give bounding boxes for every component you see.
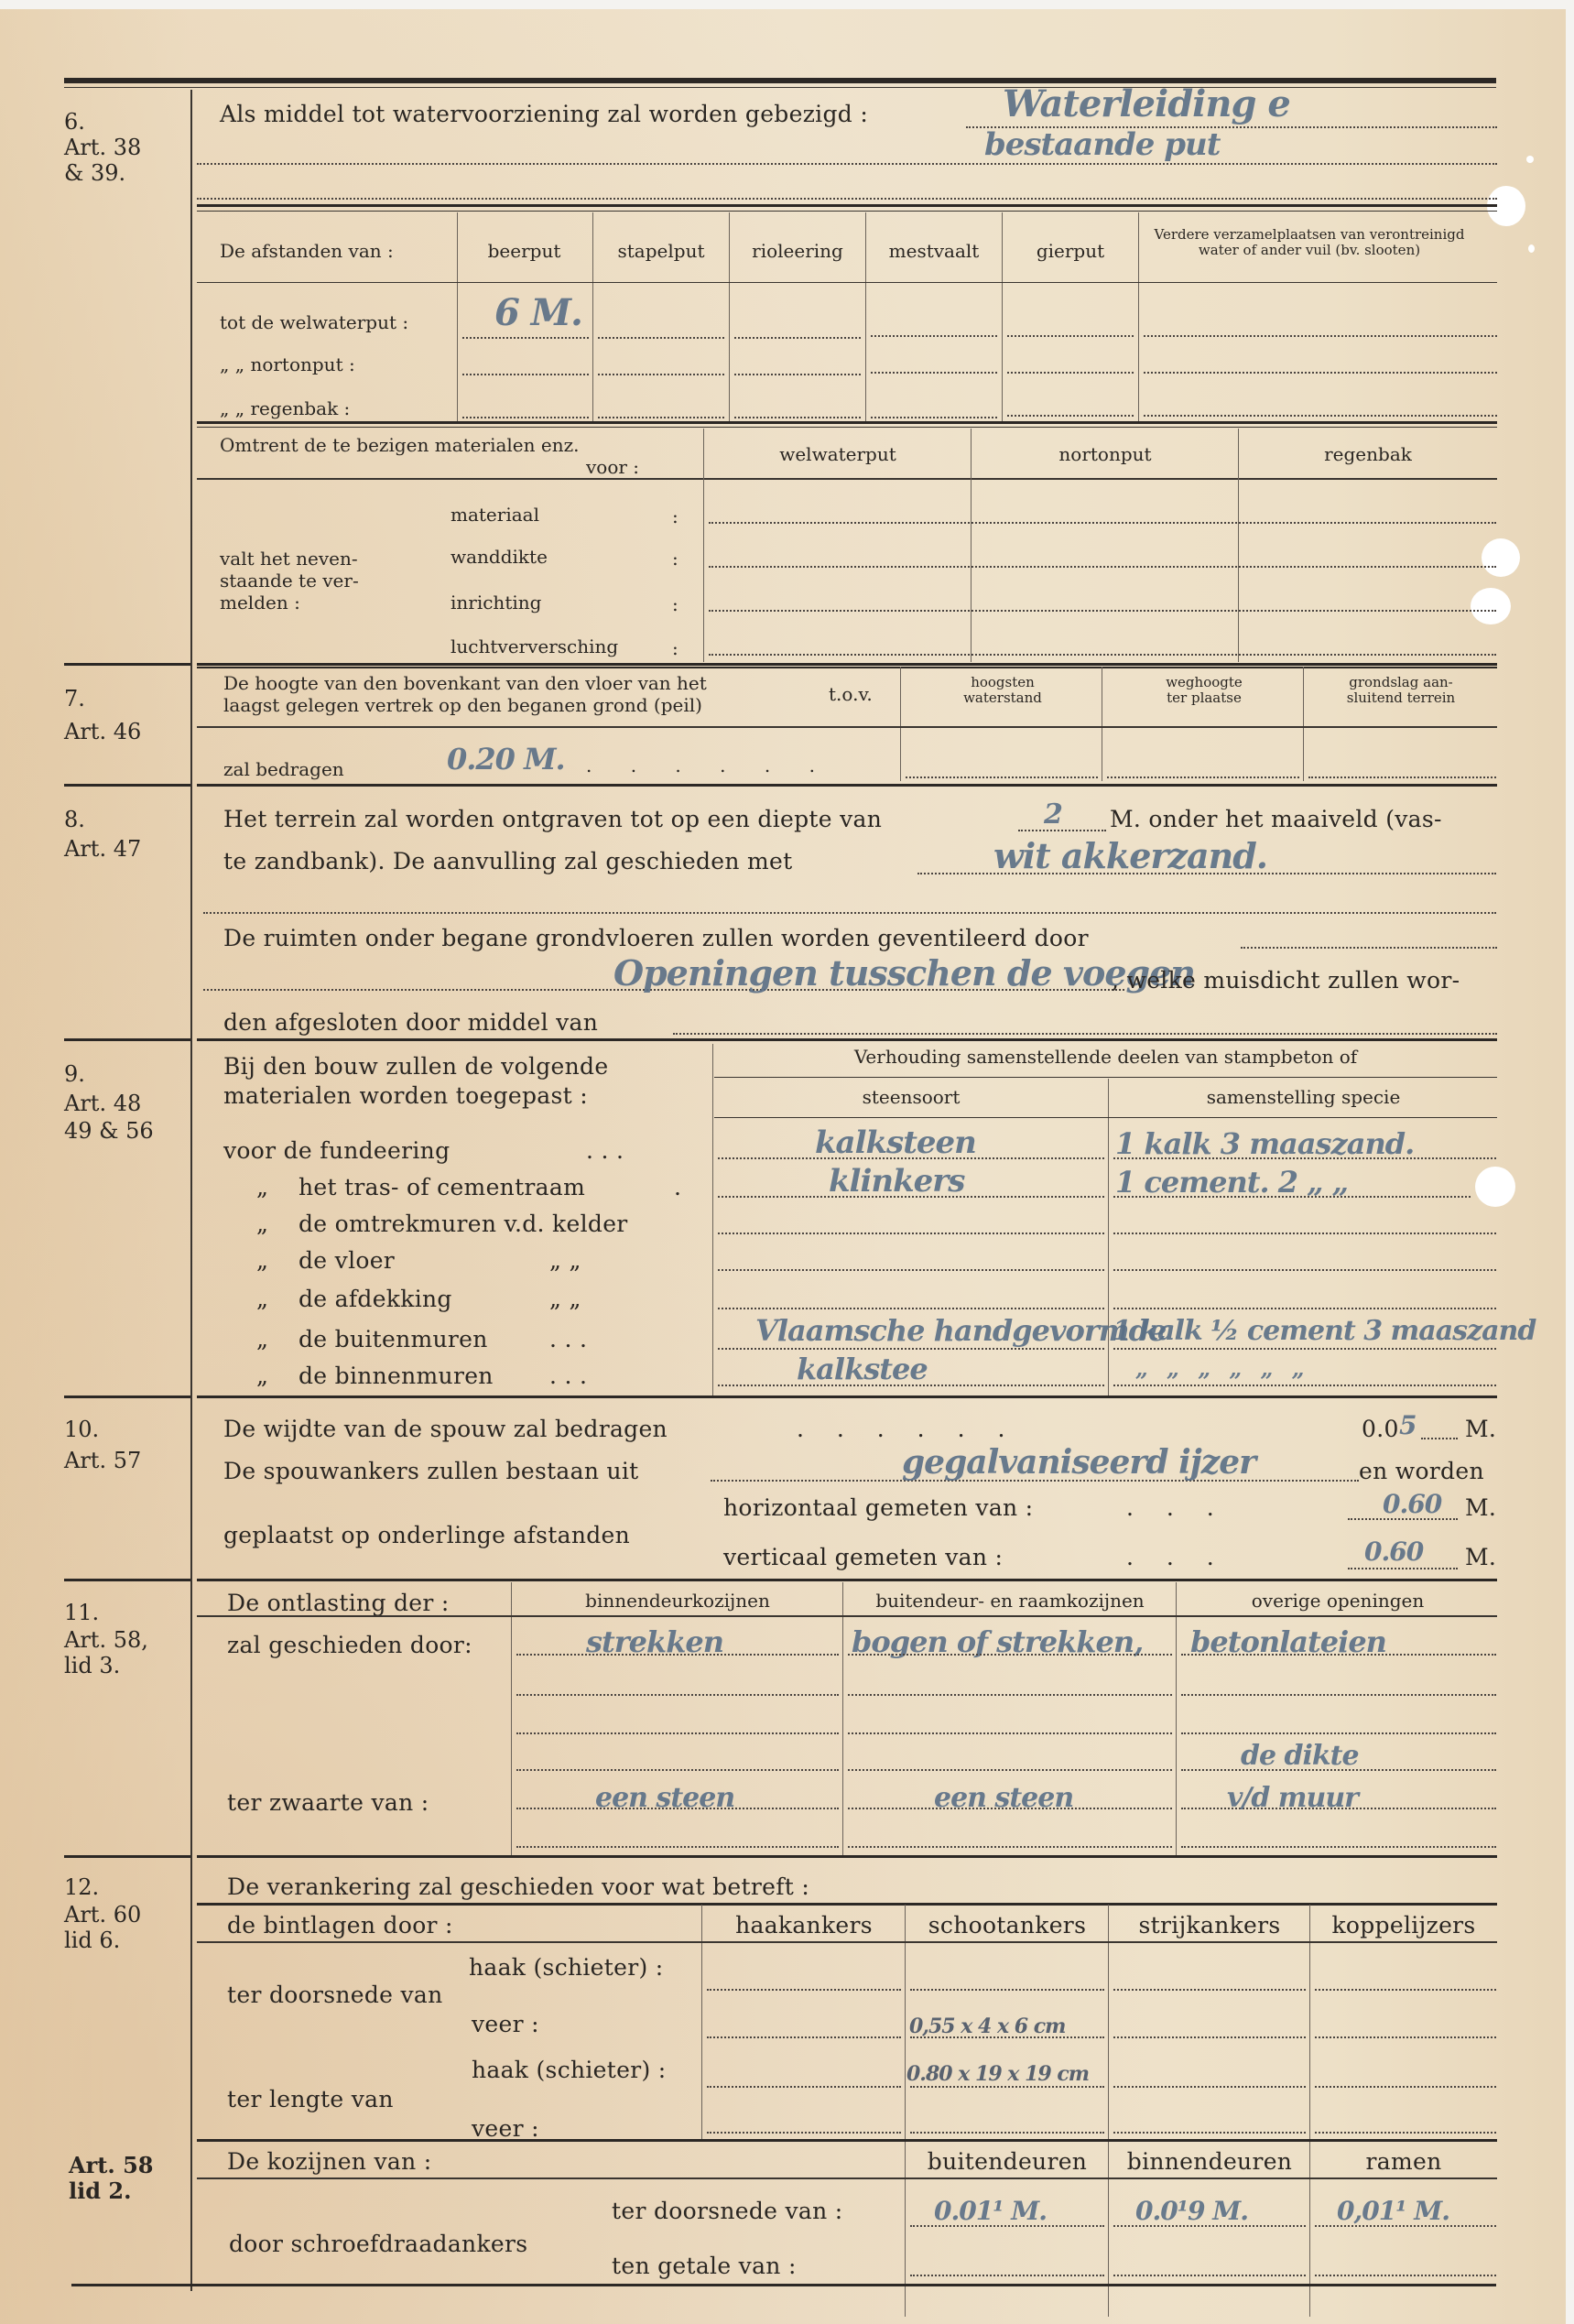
weight-binnendeur-value: een steen xyxy=(595,1782,734,1814)
field[interactable] xyxy=(848,1694,1172,1696)
rule xyxy=(197,1941,1497,1943)
section-rule xyxy=(197,1855,1497,1858)
field[interactable] xyxy=(910,2132,1104,2134)
en-worden-label: en worden xyxy=(1359,1458,1484,1484)
col-divider xyxy=(1108,1079,1109,1397)
col-divider xyxy=(729,212,730,423)
col-mestvaalt: mestvaalt xyxy=(866,240,1002,262)
section-12-number: 12. xyxy=(64,1873,99,1901)
frames-header: De kozijnen van : xyxy=(227,2148,431,2175)
field[interactable] xyxy=(516,1732,839,1734)
col-regenbak: regenbak xyxy=(1240,443,1496,465)
ramen-doorsnede-value: 0,01¹ M. xyxy=(1337,2196,1449,2226)
field[interactable] xyxy=(910,1989,1104,1991)
col-haakankers: haakankers xyxy=(703,1912,905,1938)
col-divider xyxy=(1108,1905,1109,2317)
section-6-article2: & 39. xyxy=(64,159,125,187)
fill-label: te zandbank). De aanvulling zal geschied… xyxy=(223,848,792,874)
unit-m: M. xyxy=(1465,1544,1496,1570)
buitendeuren-getale-field[interactable] xyxy=(910,2275,1104,2276)
field[interactable] xyxy=(462,337,589,339)
col-koppelijzers: koppelijzers xyxy=(1311,1912,1496,1938)
rule xyxy=(197,2177,1497,2179)
field[interactable] xyxy=(598,337,724,339)
label: weghoogte xyxy=(1166,674,1243,690)
col-buitendeur-raamkozijnen: buitendeur- en raamkozijnen xyxy=(844,1590,1176,1612)
section-6-article: Art. 38 xyxy=(64,134,141,161)
rule xyxy=(197,2139,1497,2142)
binnendeuren-getale-field[interactable] xyxy=(1113,2275,1306,2276)
rule xyxy=(197,421,1497,424)
rule xyxy=(197,1903,1497,1906)
col-divider xyxy=(1303,667,1304,781)
row-regenbak: „ „ regenbak : xyxy=(220,397,350,419)
weight-buitendeur-value: een steen xyxy=(934,1782,1073,1814)
field[interactable] xyxy=(1113,2086,1306,2088)
row-label: voor de fundeering xyxy=(223,1137,450,1164)
section-11-article2: lid 3. xyxy=(64,1652,120,1679)
bottom-rule xyxy=(71,2284,1496,2286)
row-wanddikte: wanddikte xyxy=(450,546,548,568)
field[interactable] xyxy=(707,2086,901,2088)
stampbeton-header: Verhouding samenstellende deelen van sta… xyxy=(714,1046,1497,1068)
steensoort-value: kalksteen xyxy=(815,1124,976,1161)
section-58-article: Art. 58 xyxy=(69,2152,153,2179)
specie-value: „ „ „ „ „ „ xyxy=(1135,1355,1310,1382)
unit-m: M. xyxy=(1465,1416,1496,1442)
col-divider xyxy=(1176,1582,1177,1857)
specie-field[interactable] xyxy=(1113,1385,1496,1386)
field[interactable] xyxy=(516,1769,839,1771)
row-dots: . . . xyxy=(549,1363,587,1389)
haak-label-2: haak (schieter) : xyxy=(472,2057,667,2083)
vertical-spacing-field[interactable] xyxy=(1348,1568,1458,1569)
margin-rule xyxy=(64,1855,190,1858)
relief-weight-label: ter zwaarte van : xyxy=(227,1789,429,1816)
screw-anchors-label: door schroefdraadankers xyxy=(229,2231,527,2257)
cavity-width-prefix: 0.0 xyxy=(1362,1416,1399,1442)
col-gierput: gierput xyxy=(1003,240,1138,262)
row-inrichting: inrichting xyxy=(450,592,541,614)
row-prefix: „ xyxy=(256,1363,268,1389)
col-divider xyxy=(842,1582,843,1857)
row-label: de vloer xyxy=(299,1247,395,1274)
label: sluitend terrein xyxy=(1347,690,1455,706)
relief-header: De ontlasting der : xyxy=(227,1590,450,1616)
ventilation-field[interactable] xyxy=(1241,947,1497,949)
field-inrichting[interactable] xyxy=(709,610,1496,612)
excavation-label-a: Het terrein zal worden ontgraven tot op … xyxy=(223,806,882,832)
row-prefix: „ xyxy=(256,1211,268,1237)
punch-hole xyxy=(1471,588,1511,624)
field[interactable] xyxy=(910,2086,1104,2088)
schootanker-doorsnede-value: 0,55 x 4 x 6 cm xyxy=(909,2014,1065,2038)
water-supply-field-line3[interactable] xyxy=(197,198,1497,200)
section-rule xyxy=(197,1038,1497,1041)
row-prefix: „ xyxy=(256,1286,268,1312)
field[interactable] xyxy=(734,337,861,339)
col-divider xyxy=(701,1905,702,2141)
section-10-article: Art. 57 xyxy=(64,1447,141,1474)
col-other-collection: Verdere verzamelplaatsen van verontreini… xyxy=(1149,227,1470,258)
col-ramen: ramen xyxy=(1311,2148,1496,2175)
field[interactable] xyxy=(462,417,589,418)
margin-rule xyxy=(64,1395,190,1398)
horizontal-spacing-value: 0.60 xyxy=(1383,1489,1441,1519)
ventilation-label: De ruimten onder begane grondvloeren zul… xyxy=(223,925,1089,951)
margin-rule xyxy=(64,1579,190,1581)
row-ditto: „ „ xyxy=(549,1247,581,1274)
label: grondslag aan- xyxy=(1349,674,1453,690)
colon: : xyxy=(672,593,678,615)
row-prefix: „ xyxy=(256,1326,268,1352)
water-supply-label: Als middel tot watervoorziening zal word… xyxy=(220,101,868,127)
field[interactable] xyxy=(848,1732,1172,1734)
distance-beerput-welwaterput: 6 M. xyxy=(494,291,582,334)
field[interactable] xyxy=(516,1654,839,1656)
water-supply-field-line2[interactable] xyxy=(197,163,1497,165)
cavity-width-value: 5 xyxy=(1399,1410,1416,1440)
section-8-number: 8. xyxy=(64,806,85,833)
specie-field[interactable] xyxy=(1113,1348,1496,1350)
label: ter plaatse xyxy=(1167,690,1242,706)
steensoort-field[interactable] xyxy=(718,1269,1104,1271)
section-12-article2: lid 6. xyxy=(64,1927,120,1954)
field[interactable] xyxy=(1181,1694,1496,1696)
col-divider xyxy=(971,429,972,662)
field[interactable] xyxy=(1181,1846,1496,1848)
col-weghoogte: weghoogteter plaatse xyxy=(1103,675,1305,706)
row-materiaal: materiaal xyxy=(450,504,539,526)
materials-intro-1: Bij den bouw zullen de volgende xyxy=(223,1053,608,1080)
col-nortonput: nortonput xyxy=(972,443,1238,465)
floor-height-value: 0.20 M. xyxy=(447,742,565,776)
section-rule xyxy=(197,1579,1497,1581)
field[interactable] xyxy=(1113,1989,1306,1991)
margin-divider xyxy=(190,90,192,2291)
row-luchtverversching: luchtverversching xyxy=(450,635,618,657)
col-divider xyxy=(865,212,866,423)
col-steensoort: steensoort xyxy=(714,1086,1108,1108)
materials-side-label-2: staande te ver- xyxy=(220,570,359,592)
col-overige-openingen: overige openingen xyxy=(1178,1590,1498,1612)
frame-doorsnede-label: ter doorsnede van : xyxy=(612,2198,842,2224)
field[interactable] xyxy=(707,2036,901,2038)
section-11-number: 11. xyxy=(64,1599,99,1626)
field[interactable] xyxy=(734,417,861,418)
field[interactable] xyxy=(598,374,724,375)
specie-field[interactable] xyxy=(1113,1233,1496,1234)
field[interactable] xyxy=(1144,372,1497,374)
mouseproof-field[interactable] xyxy=(673,1033,1497,1035)
row-ditto: „ „ xyxy=(549,1286,581,1312)
doorsnede-label: ter doorsnede van xyxy=(227,1982,443,2008)
section-12-article: Art. 60 xyxy=(64,1901,141,1928)
col-divider xyxy=(457,212,458,423)
ventilation-value: Openingen tusschen de voegen xyxy=(613,952,1195,994)
field[interactable] xyxy=(871,335,997,337)
lengte-label: ter lengte van xyxy=(227,2086,394,2112)
cavity-anchors-label: De spouwankers zullen bestaan uit xyxy=(223,1458,639,1484)
cavity-width-field[interactable] xyxy=(1421,1438,1458,1439)
col-grondslag: grondslag aan-sluitend terrein xyxy=(1305,675,1497,706)
spacing-label: geplaatst op onderlinge afstanden xyxy=(223,1522,630,1548)
col-divider xyxy=(712,1044,713,1397)
water-supply-value-2: bestaande put xyxy=(984,126,1220,163)
colon: : xyxy=(672,548,678,570)
rule xyxy=(197,1615,1497,1617)
rule xyxy=(197,726,1497,728)
weight-overige-value-2: v/d muur xyxy=(1227,1782,1358,1814)
field[interactable] xyxy=(1007,415,1134,417)
steensoort-field[interactable] xyxy=(718,1233,1104,1234)
field[interactable] xyxy=(1181,1654,1496,1656)
steensoort-value: Vlaamsche handgevormde xyxy=(755,1313,1166,1348)
field[interactable] xyxy=(1113,2132,1306,2134)
unit-m: M. xyxy=(1465,1494,1496,1521)
steensoort-value: klinkers xyxy=(829,1163,964,1200)
col-divider xyxy=(1102,667,1102,781)
field[interactable] xyxy=(848,1846,1172,1848)
water-supply-value-1: Waterleiding e xyxy=(1003,82,1290,125)
field[interactable] xyxy=(848,1769,1172,1771)
field[interactable] xyxy=(462,374,589,375)
col-divider xyxy=(511,1582,512,1857)
weight-overige-value-1: de dikte xyxy=(1241,1740,1359,1772)
rule xyxy=(714,1117,1497,1118)
row-label: de binnenmuren xyxy=(299,1363,494,1389)
punch-hole-small xyxy=(1528,244,1535,253)
frame-getale-label: ten getale van : xyxy=(612,2253,797,2279)
specie-value: 1 kalk 3 maaszand. xyxy=(1115,1126,1414,1161)
horizontal-label: horizontaal gemeten van : xyxy=(723,1494,1033,1521)
dots: . . . . . . xyxy=(586,755,831,776)
distances-label: De afstanden van : xyxy=(220,240,394,262)
field-hoogsten-waterstand[interactable] xyxy=(906,776,1098,778)
vertical-spacing-value: 0.60 xyxy=(1364,1537,1423,1567)
dots: . . . xyxy=(1126,1544,1227,1570)
anchoring-header: De verankering zal geschieden voor wat b… xyxy=(227,1873,809,1900)
field[interactable] xyxy=(1315,2036,1496,2038)
section-11-article: Art. 58, xyxy=(64,1626,148,1654)
rule xyxy=(197,478,1497,480)
vertical-label: verticaal gemeten van : xyxy=(723,1544,1003,1570)
field[interactable] xyxy=(707,2132,901,2134)
form-page: 6. Art. 38 & 39. Als middel tot watervoo… xyxy=(0,9,1566,2324)
cavity-anchors-value: gegalvaniseerd ijzer xyxy=(902,1443,1255,1482)
materials-intro-2: materialen worden toegepast : xyxy=(223,1082,588,1109)
specie-value: 1 cement. 2 „ „ xyxy=(1115,1165,1348,1200)
row-dots: . . . xyxy=(586,1137,624,1164)
row-nortonput: „ „ nortonput : xyxy=(220,353,355,375)
field-grondslag[interactable] xyxy=(1308,776,1496,778)
section-7-article: Art. 46 xyxy=(64,718,141,745)
bintlagen-label: de bintlagen door : xyxy=(227,1912,453,1938)
steensoort-value: kalkstee xyxy=(797,1352,928,1386)
field[interactable] xyxy=(1144,335,1497,337)
steensoort-field[interactable] xyxy=(718,1308,1104,1309)
dots: . . . xyxy=(1126,1494,1227,1521)
colon: : xyxy=(672,505,678,527)
row-label: de afdekking xyxy=(299,1286,452,1312)
field[interactable] xyxy=(516,1694,839,1696)
specie-value: 1 kalk ½ cement 3 maaszand xyxy=(1113,1315,1536,1347)
col-divider xyxy=(592,212,593,423)
rule xyxy=(197,211,1497,212)
punch-hole-small xyxy=(1526,156,1534,163)
rule xyxy=(714,1077,1497,1078)
haak-label: haak (schieter) : xyxy=(469,1954,664,1981)
field-weghoogte[interactable] xyxy=(1107,776,1299,778)
field[interactable] xyxy=(707,1989,901,1991)
field[interactable] xyxy=(1181,1732,1496,1734)
col-divider xyxy=(1238,429,1239,662)
field[interactable] xyxy=(871,372,997,374)
col-binnendeuren: binnendeuren xyxy=(1110,2148,1309,2175)
section-9-article: Art. 48 xyxy=(64,1090,141,1117)
row-prefix: „ xyxy=(256,1174,268,1200)
col-divider xyxy=(1002,212,1003,423)
specie-field[interactable] xyxy=(1113,1308,1496,1309)
rule xyxy=(197,282,1497,283)
excavation-depth-field[interactable] xyxy=(1018,830,1106,831)
floor-height-label-2: laagst gelegen vertrek op den beganen gr… xyxy=(223,694,702,716)
section-9-number: 9. xyxy=(64,1060,85,1088)
col-divider xyxy=(703,429,704,662)
col-divider xyxy=(1138,212,1139,423)
rule xyxy=(197,427,1497,428)
section-6-number: 6. xyxy=(64,108,85,136)
row-label: de buitenmuren xyxy=(299,1326,488,1352)
col-welwaterput: welwaterput xyxy=(705,443,971,465)
materials-side-label-1: valt het neven- xyxy=(220,548,358,570)
col-divider xyxy=(905,1905,906,2317)
col-beerput: beerput xyxy=(458,240,591,262)
specie-field[interactable] xyxy=(1113,1269,1496,1271)
cavity-width-label: De wijdte van de spouw zal bedragen xyxy=(223,1416,668,1442)
col-hoogsten-waterstand: hoogstenwaterstand xyxy=(902,675,1103,706)
field[interactable] xyxy=(871,417,997,418)
field[interactable] xyxy=(734,374,861,375)
tov-label: t.o.v. xyxy=(829,683,873,705)
col-schootankers: schootankers xyxy=(906,1912,1108,1938)
col-divider xyxy=(1309,1905,1310,2317)
col-strijkankers: strijkankers xyxy=(1110,1912,1309,1938)
fill-material-value: wit akkerzand. xyxy=(993,835,1267,876)
col-buitendeuren: buitendeuren xyxy=(906,2148,1108,2175)
col-divider xyxy=(900,667,901,781)
veer-label: veer : xyxy=(472,2011,539,2037)
label: hoogsten xyxy=(971,674,1035,690)
materials-side-label-3: melden : xyxy=(220,592,300,614)
binnendeuren-doorsnede-value: 0.0¹9 M. xyxy=(1135,2196,1248,2226)
section-9-article2: 49 & 56 xyxy=(64,1117,154,1145)
field[interactable] xyxy=(1315,2132,1496,2134)
section-rule xyxy=(197,663,1497,666)
relief-by-label: zal geschieden door: xyxy=(227,1632,472,1658)
row-label: de omtrekmuren v.d. kelder xyxy=(299,1211,628,1237)
field-materiaal[interactable] xyxy=(709,522,1496,524)
col-rioleering: rioleering xyxy=(730,240,865,262)
field[interactable] xyxy=(1315,2086,1496,2088)
col-stapelput: stapelput xyxy=(593,240,729,262)
colon: : xyxy=(672,637,678,659)
section-rule xyxy=(197,1395,1497,1398)
row-dots: . . . xyxy=(549,1326,587,1352)
section-8-article: Art. 47 xyxy=(64,835,141,863)
margin-rule xyxy=(64,1038,190,1041)
ventilation-label-b: , welke muisdicht zullen wor- xyxy=(1112,967,1460,994)
field[interactable] xyxy=(1113,2036,1306,2038)
col-binnendeurkozijnen: binnendeurkozijnen xyxy=(513,1590,842,1612)
field[interactable] xyxy=(1144,415,1497,417)
materials-header: Omtrent de te bezigen materialen enz. xyxy=(220,434,579,456)
materials-header-voor: voor : xyxy=(586,456,639,478)
row-dots: . xyxy=(674,1174,681,1200)
field-luchtverversching[interactable] xyxy=(709,654,1496,656)
schootanker-lengte-value: 0.80 x 19 x 19 cm xyxy=(906,2062,1089,2086)
field-wanddikte[interactable] xyxy=(709,566,1496,568)
field[interactable] xyxy=(1315,1989,1496,1991)
excavation-depth-value: 2 xyxy=(1044,798,1062,831)
dots: . . . . . . xyxy=(797,1416,1017,1442)
row-prefix: „ xyxy=(256,1247,268,1274)
field[interactable] xyxy=(1007,335,1134,337)
section-10-number: 10. xyxy=(64,1416,99,1443)
field[interactable] xyxy=(598,417,724,418)
rule xyxy=(197,204,1497,207)
field[interactable] xyxy=(1007,372,1134,374)
margin-rule xyxy=(64,784,190,787)
row-label: het tras- of cementraam xyxy=(299,1174,585,1200)
margin-rule xyxy=(64,663,190,666)
floor-height-label-1: De hoogte van den bovenkant van den vloe… xyxy=(223,672,707,694)
mouseproof-label: den afgesloten door middel van xyxy=(223,1009,598,1036)
field[interactable] xyxy=(848,1654,1172,1656)
zal-bedragen-label: zal bedragen xyxy=(223,758,344,780)
fill-material-field-2[interactable] xyxy=(203,912,1496,914)
steensoort-field[interactable] xyxy=(718,1348,1104,1350)
ramen-getale-field[interactable] xyxy=(1315,2275,1496,2276)
section-58-article2: lid 2. xyxy=(69,2177,131,2205)
section-7-number: 7. xyxy=(64,685,85,712)
section-rule xyxy=(197,784,1497,787)
field[interactable] xyxy=(516,1846,839,1848)
punch-hole xyxy=(1482,538,1520,577)
veer-label-2: veer : xyxy=(472,2115,539,2142)
row-welwaterput: tot de welwaterput : xyxy=(220,311,408,333)
buitendeuren-doorsnede-value: 0.01¹ M. xyxy=(934,2196,1047,2226)
punch-hole xyxy=(1475,1167,1515,1207)
label: waterstand xyxy=(963,690,1042,706)
col-specie: samenstelling specie xyxy=(1110,1086,1497,1108)
excavation-label-b: M. onder het maaiveld (vas- xyxy=(1110,806,1442,832)
rule xyxy=(197,667,1497,668)
